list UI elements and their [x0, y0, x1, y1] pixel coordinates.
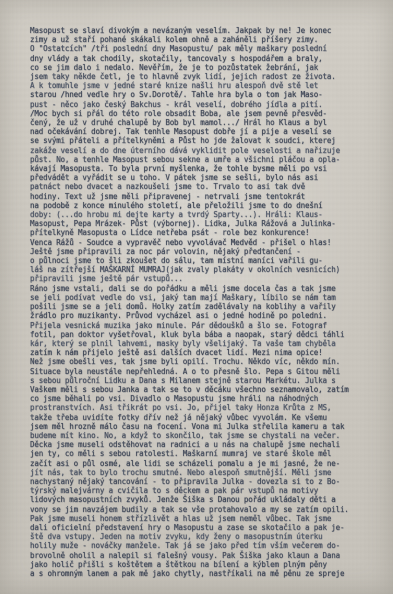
text-line: Masopust se slaví divokým a nevázaným ve…: [30, 26, 375, 35]
text-line: holily muže - nováčky manžele. Tak já se…: [30, 541, 375, 550]
text-line: budeme mít kino. No, a když to skončilo,…: [30, 431, 375, 440]
text-line: jít nás, tak to bylo trochu smutné. Nebo…: [30, 468, 375, 477]
text-line: Vaškem měli s sebou Janka a tak se to v …: [30, 385, 375, 394]
text-line: Přijela vesnická muzika jako minule. Pár…: [30, 321, 375, 330]
text-line: pošili jsme se a jeli domů. Holky zatím …: [30, 302, 375, 311]
text-line: se jeli podívat vedle do vsi, jaký tam m…: [30, 293, 375, 302]
text-line: začít asi o půl osmé, ale lidi se scháze…: [30, 459, 375, 468]
text-line: kávají Masopusta. To byla první myšlenka…: [30, 164, 375, 173]
text-line: Ráno jsme vstali, dali se do pořádku a m…: [30, 284, 375, 293]
text-line: fotil, pan doktor vyšetřoval, kluk byla …: [30, 330, 375, 339]
text-line: takže třeba uvidíte fotky dřív než já ně…: [30, 413, 375, 422]
text-line: půst. No, a tenhle Masopust sebou sekne …: [30, 155, 375, 164]
text-line: Děcka jsme museli odstěhovat na radnici …: [30, 440, 375, 449]
text-line: zakáže veselí a do dne úterního dává vyk…: [30, 146, 375, 155]
typewritten-text-block: Masopust se slaví divokým a nevázaným ve…: [30, 26, 375, 578]
text-line: hodiny. Text už jsme měli připravenej - …: [30, 192, 375, 201]
text-line: láš na zítřejší MAŠKARNÍ MUMRAJ(jak zval…: [30, 265, 375, 274]
text-line: předvádět a vyřádit se u toho. V pátek j…: [30, 173, 375, 182]
text-line: žrádlo pro muzikanty. Průvod vycházel as…: [30, 311, 375, 320]
text-line: co se jim dalo i nedalo. Nevěřím, že je …: [30, 63, 375, 72]
text-line: co jsme běhali po vsi. Divadlo o Masopus…: [30, 394, 375, 403]
text-line: O "Ostatcích" /tři poslední dny Masopust…: [30, 44, 375, 53]
text-line: na podobě z konce minulého století, ale …: [30, 201, 375, 210]
text-line: nachystaný nějaký tancování - to připrav…: [30, 477, 375, 486]
text-line: přítelkyně Masopusta o Lídce netřeba psá…: [30, 228, 375, 237]
text-line: týrský malejvárny a cvičila to s děckem …: [30, 486, 375, 495]
text-line: s sebou půlroční Lidku a Dana s Milanem …: [30, 376, 375, 385]
text-line: o půlnoci jsme to šli zkoušet do sálu, t…: [30, 256, 375, 265]
text-line: kár, který se plnil lahvemi, masky byly …: [30, 339, 375, 348]
text-line: připravili jsme ještě pár vstupů...: [30, 274, 375, 283]
text-line: Situace byla neustále nepřehledná. A o t…: [30, 367, 375, 376]
text-line: /Moc bych si přál do této role obsadit B…: [30, 109, 375, 118]
text-line: pust - něco jako český Bakchus - král ve…: [30, 100, 375, 109]
text-line: A k tomuhle jsme v jedné staré knize naš…: [30, 81, 375, 90]
text-line: dny vlády a tak chodily, skotačily, tanc…: [30, 54, 375, 63]
text-line: vony se jim navzájem budily a tak se vše…: [30, 505, 375, 514]
text-line: Než jsme obešli ves, tak jsme byli opilí…: [30, 357, 375, 366]
text-line: doby: (...do hrobu mi dejte karty a tvrd…: [30, 210, 375, 219]
text-line: dali oficielní představení hry o Masopus…: [30, 523, 375, 532]
text-line: Pak jsme museli honem střízlivět a hlas …: [30, 514, 375, 523]
text-line: patnáct nebo dvacet a nazkoušeli jsme to…: [30, 182, 375, 191]
text-line: čený, že už v druhé chalupě by Bob byl m…: [30, 118, 375, 127]
text-line: a s ohromným lanem a pak mě jako chytly,…: [30, 569, 375, 578]
text-line: Ještě jsme připravili za noc pár volovin…: [30, 247, 375, 256]
text-line: zimy a už staří pohané skákali kolem ohn…: [30, 35, 375, 44]
text-line: jako holič přišli s koštětem a štětkou n…: [30, 560, 375, 569]
text-line: nad očekávání dobrej. Tak tenhle Masopus…: [30, 127, 375, 136]
text-line: zatím k nám přijelo ještě asi dalších dv…: [30, 348, 375, 357]
text-line: jen ty, co měli s sebou ratolesti. Maška…: [30, 449, 375, 458]
text-line: Venca Rážů - Soudce a vypravěč nebo vyvo…: [30, 238, 375, 247]
text-line: se svými přáteli a přítelkyněmi a Půst h…: [30, 136, 375, 145]
scanned-document-page: Masopust se slaví divokým a nevázaným ve…: [0, 0, 393, 594]
text-line: jsem taky někde četl, je to hlavně zvyk …: [30, 72, 375, 81]
text-line: Masopust, Pepa Mrázek- Půst (výbornej). …: [30, 219, 375, 228]
text-line: ště dva vstupy. Jeden na motiv zvyku, kd…: [30, 532, 375, 541]
text-line: jsem měl hrozně málo času na focení. Von…: [30, 422, 375, 431]
text-line: starou /hned vedle hry o Sv.Dorotě/. Tah…: [30, 90, 375, 99]
text-line: prostranstvích. Asi třikrát po vsi. Jo, …: [30, 403, 375, 412]
text-line: brovolně oholil a nalepil si falešný vou…: [30, 551, 375, 560]
text-line: lidových masopustních zvyků. Jenže Šiška…: [30, 495, 375, 504]
